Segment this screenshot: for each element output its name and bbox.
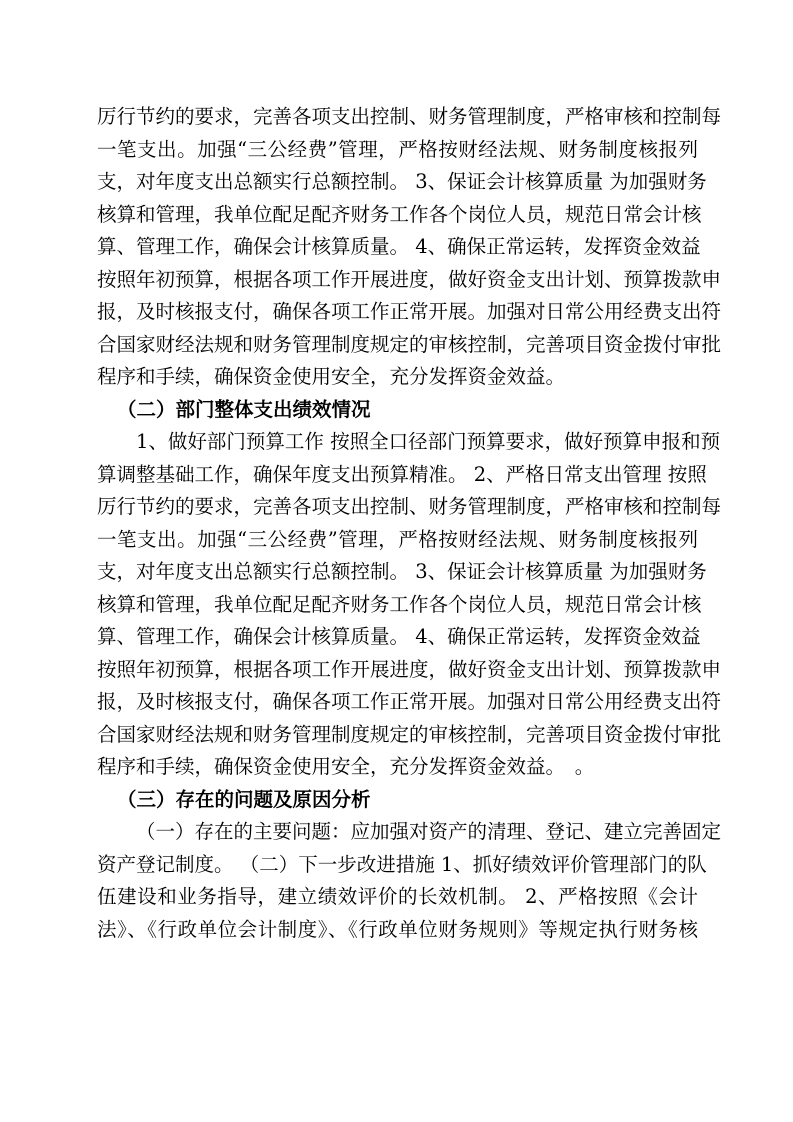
text-line: 合国家财经法规和财务管理制度规定的审核控制，完善项目资金拨付审批 bbox=[97, 719, 698, 752]
text-line: 按照年初预算，根据各项工作开展进度，做好资金支出计划、预算拨款申 bbox=[97, 264, 698, 297]
document-page: 厉行节约的要求，完善各项支出控制、财务管理制度，严格审核和控制每 一笔支出。加强… bbox=[97, 101, 698, 946]
text-line: 1、做好部门预算工作 按照全口径部门预算要求，做好预算申报和预 bbox=[97, 426, 698, 459]
text-line: 伍建设和业务指导，建立绩效评价的长效机制。 2、严格按照《会计 bbox=[97, 881, 698, 914]
text-line: 法》、《行政单位会计制度》、《行政单位财务规则》等规定执行财务核 bbox=[97, 914, 698, 947]
text-line: 一笔支出。加强“三公经费”管理，严格按财经法规、财务制度核报列 bbox=[97, 134, 698, 167]
text-line: 报，及时核报支付，确保各项工作正常开展。加强对日常公用经费支出符 bbox=[97, 686, 698, 719]
text-line: 报，及时核报支付，确保各项工作正常开展。加强对日常公用经费支出符 bbox=[97, 296, 698, 329]
text-line: 支，对年度支出总额实行总额控制。 3、保证会计核算质量 为加强财务 bbox=[97, 166, 698, 199]
text-line: 程序和手续，确保资金使用安全，充分发挥资金效益。 。 bbox=[97, 751, 698, 784]
text-line: 资产登记制度。 （二）下一步改进措施 1、抓好绩效评价管理部门的队 bbox=[97, 849, 698, 882]
paragraph-continuation: 厉行节约的要求，完善各项支出控制、财务管理制度，严格审核和控制每 一笔支出。加强… bbox=[97, 101, 698, 394]
text-line: 算、管理工作，确保会计核算质量。 4、确保正常运转，发挥资金效益 bbox=[97, 231, 698, 264]
text-line: 支，对年度支出总额实行总额控制。 3、保证会计核算质量 为加强财务 bbox=[97, 556, 698, 589]
section-heading-2: （二）部门整体支出绩效情况 bbox=[97, 394, 698, 427]
paragraph-section-2: 1、做好部门预算工作 按照全口径部门预算要求，做好预算申报和预 算调整基础工作，… bbox=[97, 426, 698, 784]
text-line: 算、管理工作，确保会计核算质量。 4、确保正常运转，发挥资金效益 bbox=[97, 621, 698, 654]
text-line: 核算和管理，我单位配足配齐财务工作各个岗位人员，规范日常会计核 bbox=[97, 589, 698, 622]
text-line: 合国家财经法规和财务管理制度规定的审核控制，完善项目资金拨付审批 bbox=[97, 329, 698, 362]
text-line: 厉行节约的要求，完善各项支出控制、财务管理制度，严格审核和控制每 bbox=[97, 101, 698, 134]
text-line: 核算和管理，我单位配足配齐财务工作各个岗位人员，规范日常会计核 bbox=[97, 199, 698, 232]
text-line: 按照年初预算，根据各项工作开展进度，做好资金支出计划、预算拨款申 bbox=[97, 654, 698, 687]
section-heading-3: （三）存在的问题及原因分析 bbox=[97, 784, 698, 817]
text-line: 算调整基础工作，确保年度支出预算精准。 2、严格日常支出管理 按照 bbox=[97, 459, 698, 492]
text-line: 厉行节约的要求，完善各项支出控制、财务管理制度，严格审核和控制每 bbox=[97, 491, 698, 524]
paragraph-section-3: （一）存在的主要问题：应加强对资产的清理、登记、建立完善固定 资产登记制度。 （… bbox=[97, 816, 698, 946]
text-line: 一笔支出。加强“三公经费”管理，严格按财经法规、财务制度核报列 bbox=[97, 524, 698, 557]
text-line: （一）存在的主要问题：应加强对资产的清理、登记、建立完善固定 bbox=[97, 816, 698, 849]
text-line: 程序和手续，确保资金使用安全，充分发挥资金效益。 bbox=[97, 361, 698, 394]
